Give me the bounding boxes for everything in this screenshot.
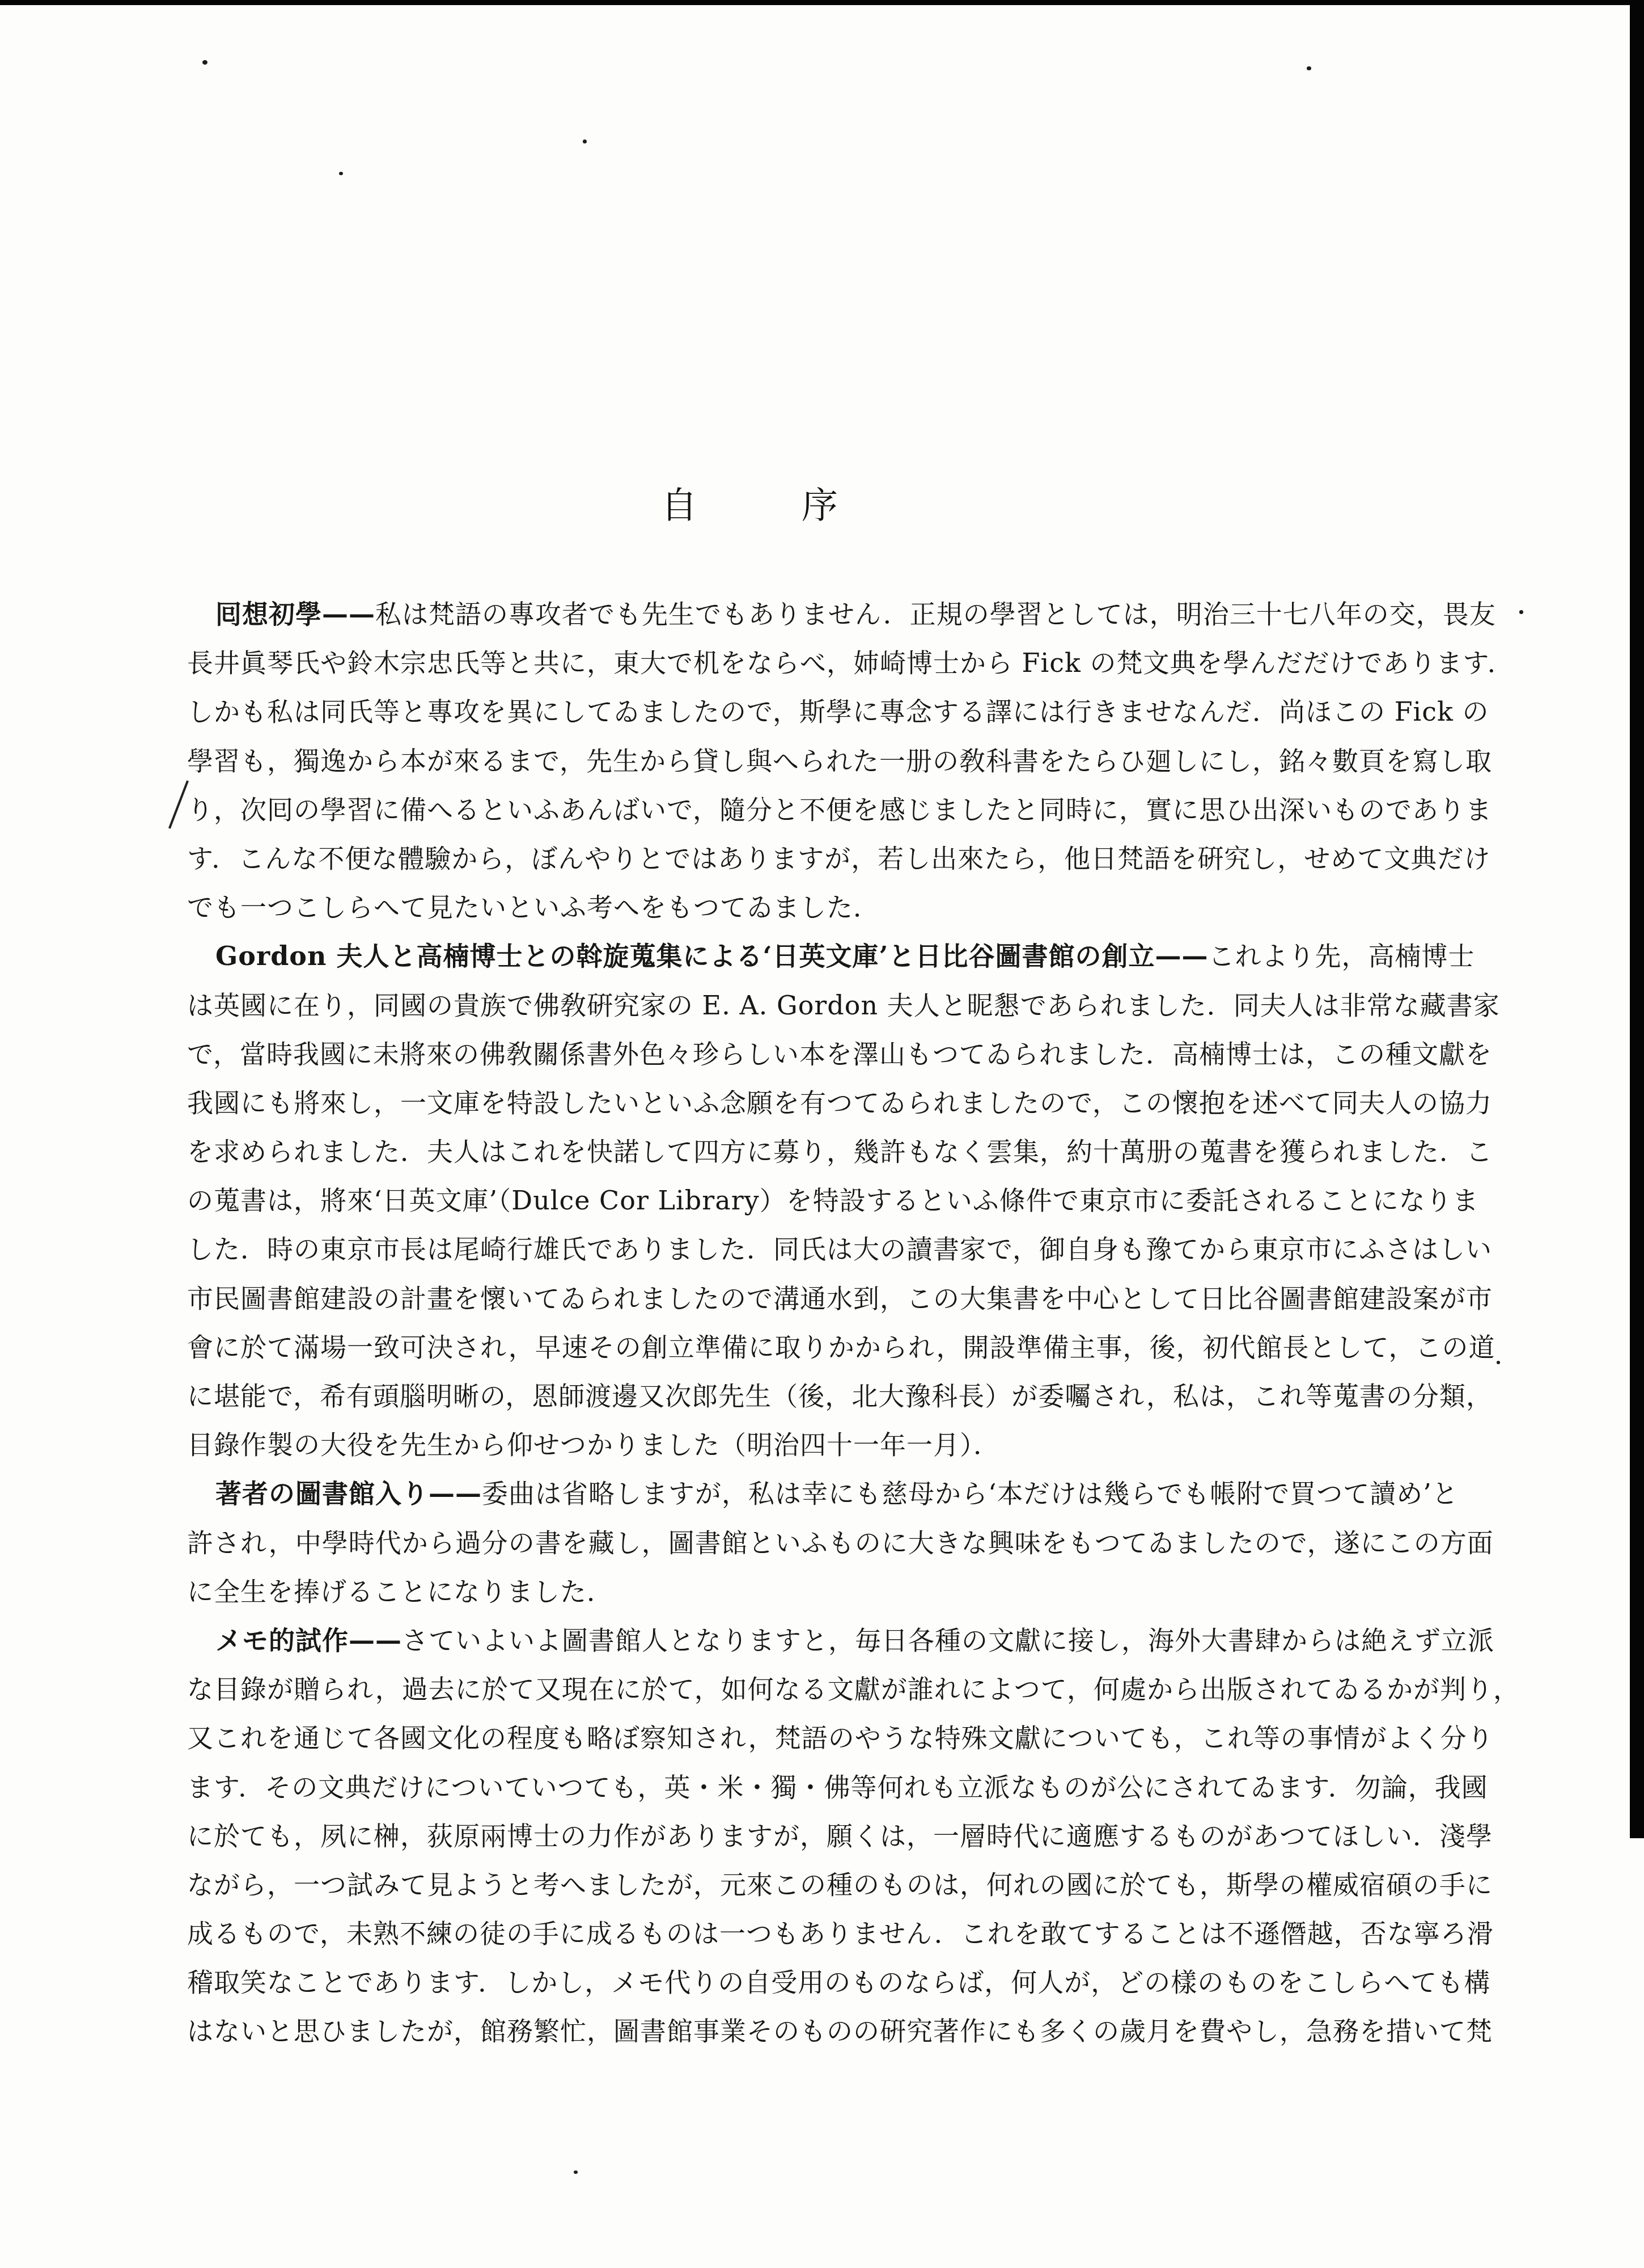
- ink-speck: [339, 172, 343, 175]
- body-text-run: を求められました．夫人はこれを快諾して四方に募り，幾許もなく雲集，約十萬册の蒐書…: [187, 1136, 1493, 1167]
- body-text-run: 許され，中學時代から過分の書を藏し，圖書館といふものに大きな興味をもつてゐました…: [187, 1527, 1494, 1558]
- ink-speck: [1497, 1361, 1500, 1364]
- body-text-run: に堪能で，希有頭腦明晰の，恩師渡邊又次郎先生（後，北大豫科長）が委囑され，私は，…: [187, 1381, 1493, 1411]
- body-text-run: の蒐書は，將來‘日英文庫’（Dulce Cor Library）を特設するといふ…: [187, 1185, 1479, 1216]
- text-line: は英國に在り，同國の貴族で佛敎硏究家の E. A. Gordon 夫人と昵懇であ…: [187, 981, 1469, 1030]
- body-text-run: に於ても，夙に榊，荻原兩博士の力作がありますが，願くは，一層時代に適應するものが…: [187, 1821, 1493, 1851]
- body-text-run: に全生を捧げることになりました．: [187, 1576, 613, 1607]
- run-in-heading: メモ的試作——: [215, 1625, 402, 1656]
- text-line: 我國にも將來し，一文庫を特設したいといふ念願を有つてゐられましたので，この懷抱を…: [187, 1078, 1469, 1127]
- run-in-heading: Gordon 夫人と高楠博士との斡旋蒐集による‘日英文庫’と日比谷圖書館の創立—…: [215, 941, 1209, 971]
- text-line: を求められました．夫人はこれを快諾して四方に募り，幾許もなく雲集，約十萬册の蒐書…: [187, 1127, 1469, 1176]
- ink-speck: [1307, 66, 1311, 70]
- body-text-run: しかも私は同氏等と專攻を異にしてゐましたので，斯學に專念する譯には行きませなんだ…: [187, 696, 1489, 727]
- body-text-run: さていよいよ圖書館人となりますと，毎日各種の文獻に接し，海外大書肆からは絶えず立…: [402, 1625, 1494, 1656]
- text-line: メモ的試作——さていよいよ圖書館人となりますと，毎日各種の文獻に接し，海外大書肆…: [187, 1616, 1469, 1665]
- text-line: 市民圖書館建設の計畫を懷いてゐられましたので溝通水到，この大集書を中心として日比…: [187, 1274, 1469, 1323]
- body-text-run: で，當時我國に未將來の佛敎關係書外色々珍らしい本を澤山もつてゐられました．高楠博…: [187, 1039, 1492, 1069]
- text-line: 會に於て滿場一致可決され，早速その創立準備に取りかかられ，開設準備主事，後，初代…: [187, 1323, 1469, 1372]
- text-line: の蒐書は，將來‘日英文庫’（Dulce Cor Library）を特設するといふ…: [187, 1176, 1469, 1225]
- text-line: に於ても，夙に榊，荻原兩博士の力作がありますが，願くは，一層時代に適應するものが…: [187, 1812, 1469, 1860]
- run-in-heading: 著者の圖書館入り——: [215, 1478, 482, 1509]
- text-line: しかも私は同氏等と專攻を異にしてゐましたので，斯學に專念する譯には行きませなんだ…: [187, 687, 1469, 736]
- body-text-run: 長井眞琴氏や鈴木宗忠氏等と共に，東大で机をならべ，姉崎博士から Fick の梵文…: [187, 648, 1514, 678]
- body-text-run: はないと思ひましたが，館務繁忙，圖書館事業そのものの硏究著作にも多くの歲月を費や…: [187, 2016, 1493, 2046]
- body-text-run: ながら，一つ試みて見ようと考へましたが，元來この種のものは，何れの國に於ても，斯…: [187, 1869, 1493, 1900]
- body-text-run: は英國に在り，同國の貴族で佛敎硏究家の E. A. Gordon 夫人と昵懇であ…: [187, 990, 1500, 1021]
- body-text-run: り，次囘の學習に備へるといふあんばいで，隨分と不便を感じましたと同時に，實に思ひ…: [187, 794, 1492, 825]
- ink-speck: [583, 139, 587, 143]
- text-line: な目錄が贈られ，過去に於て又現在に於て，如何なる文獻が誰れによつて，何處から出版…: [187, 1665, 1469, 1713]
- text-line: Gordon 夫人と高楠博士との斡旋蒐集による‘日英文庫’と日比谷圖書館の創立—…: [187, 932, 1469, 980]
- scan-artifact-right-edge: [1630, 0, 1644, 1838]
- text-line: に堪能で，希有頭腦明晰の，恩師渡邊又次郎先生（後，北大豫科長）が委囑され，私は，…: [187, 1372, 1469, 1420]
- body-text-run: な目錄が贈られ，過去に於て又現在に於て，如何なる文獻が誰れによつて，何處から出版…: [187, 1674, 1520, 1704]
- body-text-run: 我國にも將來し，一文庫を特設したいといふ念願を有つてゐられましたので，この懷抱を…: [187, 1088, 1492, 1118]
- text-line: に全生を捧げることになりました．: [187, 1567, 1469, 1616]
- text-line: 學習も，獨逸から本が來るまで，先生から貸し與へられた一册の敎科書をたらひ廻しにし…: [187, 737, 1469, 785]
- scan-artifact-top-edge: [0, 0, 1644, 5]
- body-text-run: ます．その文典だけについていつても，英・米・獨・佛等何れも立派なものが公にされて…: [187, 1772, 1488, 1802]
- scanned-page: 自 序 囘想初學——私は梵語の專攻者でも先生でもありません．正規の學習としては，…: [0, 0, 1644, 2268]
- run-in-heading: 囘想初學——: [215, 599, 375, 629]
- body-text-run: した．時の東京市長は尾崎行雄氏でありました．同氏は大の讀書家で，御自身も豫てから…: [187, 1234, 1492, 1264]
- text-line: で，當時我國に未將來の佛敎關係書外色々珍らしい本を澤山もつてゐられました．高楠博…: [187, 1030, 1469, 1078]
- body-text-run: 會に於て滿場一致可決され，早速その創立準備に取りかかられ，開設準備主事，後，初代…: [187, 1332, 1495, 1363]
- text-line: ます．その文典だけについていつても，英・米・獨・佛等何れも立派なものが公にされて…: [187, 1763, 1469, 1812]
- page-title: 自 序: [661, 485, 838, 526]
- text-line: 目錄作製の大役を先生から仰せつかりました（明治四十一年一月）．: [187, 1420, 1469, 1469]
- text-line: 又これを通じて各國文化の程度も略ぼ察知され，梵語のやうな特殊文獻についても，これ…: [187, 1713, 1469, 1762]
- text-line: 成るもので，未熟不練の徒の手に成るものは一つもありません．これを敢てすることは不…: [187, 1909, 1469, 1958]
- body-text-run: 市民圖書館建設の計畫を懷いてゐられましたので溝通水到，この大集書を中心として日比…: [187, 1283, 1493, 1314]
- text-line: 許され，中學時代から過分の書を藏し，圖書館といふものに大きな興味をもつてゐました…: [187, 1518, 1469, 1567]
- handwritten-slash-mark: [168, 780, 189, 828]
- body-text-run: 委曲は省略しますが，私は幸にも慈母から‘本だけは幾らでも帳附で買つて讀め’と: [482, 1478, 1459, 1509]
- body-text-run: 目錄作製の大役を先生から仰せつかりました（明治四十一年一月）．: [187, 1429, 1000, 1460]
- body-text-run: でも一つこしらへて見たいといふ考へをもつてゐました．: [187, 892, 880, 923]
- body-text-run: 稽取笑なことであります．しかし，メモ代りの自受用のものならば，何人が，どの樣のも…: [187, 1967, 1490, 1998]
- text-line: ながら，一つ試みて見ようと考へましたが，元來この種のものは，何れの國に於ても，斯…: [187, 1860, 1469, 1909]
- text-line: した．時の東京市長は尾崎行雄氏でありました．同氏は大の讀書家で，御自身も豫てから…: [187, 1225, 1469, 1273]
- text-line: 囘想初學——私は梵語の專攻者でも先生でもありません．正規の學習としては，明治三十…: [187, 590, 1469, 638]
- ink-speck: [1519, 610, 1523, 614]
- preface-text: 囘想初學——私は梵語の專攻者でも先生でもありません．正規の學習としては，明治三十…: [187, 590, 1469, 2056]
- ink-speck: [202, 60, 207, 65]
- title-char-left: 自: [661, 485, 697, 526]
- text-line: はないと思ひましたが，館務繁忙，圖書館事業そのものの硏究著作にも多くの歲月を費や…: [187, 2007, 1469, 2055]
- body-text-run: 又これを通じて各國文化の程度も略ぼ察知され，梵語のやうな特殊文獻についても，これ…: [187, 1723, 1494, 1753]
- text-line: り，次囘の學習に備へるといふあんばいで，隨分と不便を感じましたと同時に，實に思ひ…: [187, 785, 1469, 834]
- body-text-run: これより先，高楠博士: [1209, 941, 1475, 971]
- ink-speck: [574, 2170, 578, 2174]
- body-text-run: す．こんな不便な體驗から，ぼんやりとではありますが，若し出來たら，他日梵語を硏究…: [187, 843, 1490, 874]
- text-line: でも一つこしらへて見たいといふ考へをもつてゐました．: [187, 883, 1469, 932]
- body-text-run: 成るもので，未熟不練の徒の手に成るものは一つもありません．これを敢てすることは不…: [187, 1918, 1494, 1949]
- body-text-run: 學習も，獨逸から本が來るまで，先生から貸し與へられた一册の敎科書をたらひ廻しにし…: [187, 746, 1492, 776]
- body-text-run: 私は梵語の專攻者でも先生でもありません．正規の學習としては，明治三十七八年の交，…: [375, 599, 1496, 629]
- text-line: 著者の圖書館入り——委曲は省略しますが，私は幸にも慈母から‘本だけは幾らでも帳附…: [187, 1469, 1469, 1518]
- title-char-right: 序: [802, 485, 838, 526]
- text-line: 稽取笑なことであります．しかし，メモ代りの自受用のものならば，何人が，どの樣のも…: [187, 1958, 1469, 2007]
- text-line: 長井眞琴氏や鈴木宗忠氏等と共に，東大で机をならべ，姉崎博士から Fick の梵文…: [187, 638, 1469, 687]
- text-line: す．こんな不便な體驗から，ぼんやりとではありますが，若し出來たら，他日梵語を硏究…: [187, 834, 1469, 883]
